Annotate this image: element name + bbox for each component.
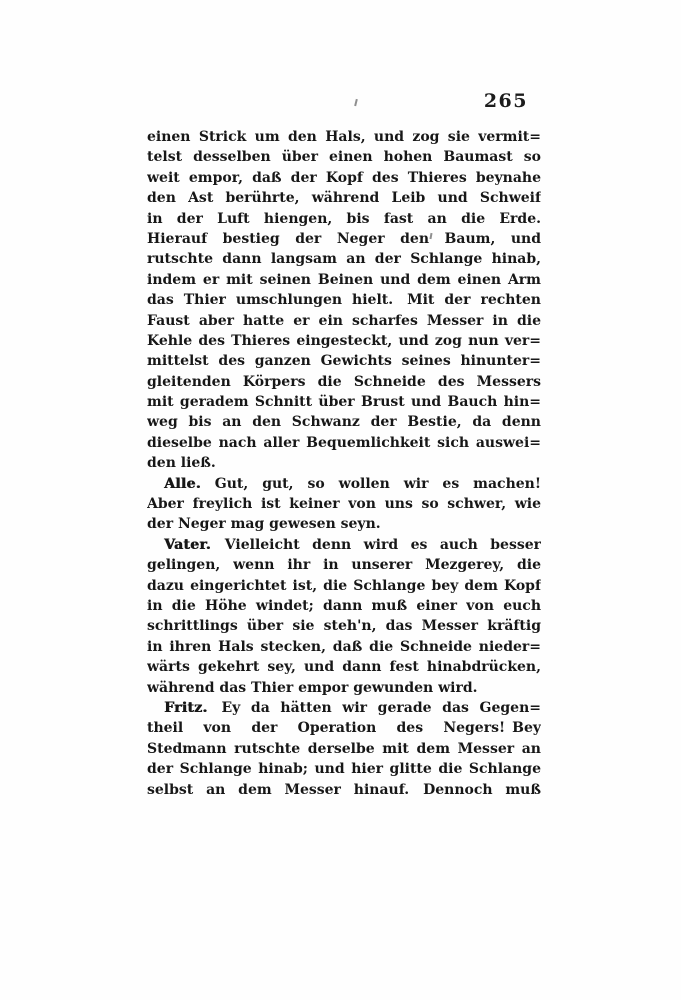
text-line: Hierauf bestieg der Neger den Baum, und [147,229,541,249]
speaker-name: Alle. [164,476,201,492]
paragraph-1: Alle. Gut, gut, so wollen wir es machen!… [147,474,541,535]
text-line: Aber freylich ist keiner von uns so schw… [147,494,541,514]
text-line: Alle. Gut, gut, so wollen wir es machen! [147,474,541,494]
text-line: rutschte dann langsam an der Schlange hi… [147,249,541,269]
text-line: telst desselben über einen hohen Baumast… [147,147,541,167]
text-line: in ihren Hals stecken, daß die Schneide … [147,637,541,657]
text-line: dieselbe nach aller Bequemlichkeit sich … [147,433,541,453]
text-line: theil von der Operation des Negers! Bey [147,718,541,738]
text-block: einen Strick um den Hals, und zog sie ve… [147,127,541,800]
text-line: Vater. Vielleicht denn wird es auch bess… [147,535,541,555]
text-line: dazu eingerichtet ist, die Schlange bey … [147,576,541,596]
paragraph-2: Vater. Vielleicht denn wird es auch bess… [147,535,541,698]
text-line: den ließ. [147,453,541,473]
speaker-name: Vater. [164,537,211,553]
text-line: das Thier umschlungen hielt. Mit der rec… [147,290,541,310]
text-line: Faust aber hatte er ein scharfes Messer … [147,311,541,331]
text-line: der Schlange hinab; und hier glitte die … [147,759,541,779]
text-line: Kehle des Thieres eingesteckt, und zog n… [147,331,541,351]
speaker-name: Fritz. [164,700,207,716]
text-line: mittelst des ganzen Gewichts seines hinu… [147,351,541,371]
text-line: gelingen, wenn ihr in unserer Mezgerey, … [147,555,541,575]
text-line: in die Höhe windet; dann muß einer von e… [147,596,541,616]
text-line: der Neger mag gewesen seyn. [147,514,541,534]
text-line: gleitenden Körpers die Schneide des Mess… [147,372,541,392]
text-line: mit geradem Schnitt über Brust und Bauch… [147,392,541,412]
text-line: Stedmann rutschte derselbe mit dem Messe… [147,739,541,759]
book-page-scan: 265 einen Strick um den Hals, und zog si… [0,0,681,1000]
text-line: schrittlings über sie steh'n, das Messer… [147,616,541,636]
text-line: indem er mit seinen Beinen und dem einen… [147,270,541,290]
paragraph-0: einen Strick um den Hals, und zog sie ve… [147,127,541,474]
text-line: Fritz. Ey da hätten wir gerade das Gegen… [147,698,541,718]
text-line: selbst an dem Messer hinauf. Dennoch muß [147,780,541,800]
text-line: weg bis an den Schwanz der Bestie, da de… [147,412,541,432]
text-line: weit empor, daß der Kopf des Thieres bey… [147,168,541,188]
page-number: 265 [440,90,528,112]
text-line: in der Luft hiengen, bis fast an die Erd… [147,209,541,229]
text-line: den Ast berührte, während Leib und Schwe… [147,188,541,208]
text-line: wärts gekehrt sey, und dann fest hinabdr… [147,657,541,677]
text-line: während das Thier empor gewunden wird. [147,678,541,698]
scan-speck [354,99,357,106]
text-line: einen Strick um den Hals, und zog sie ve… [147,127,541,147]
paragraph-3: Fritz. Ey da hätten wir gerade das Gegen… [147,698,541,800]
